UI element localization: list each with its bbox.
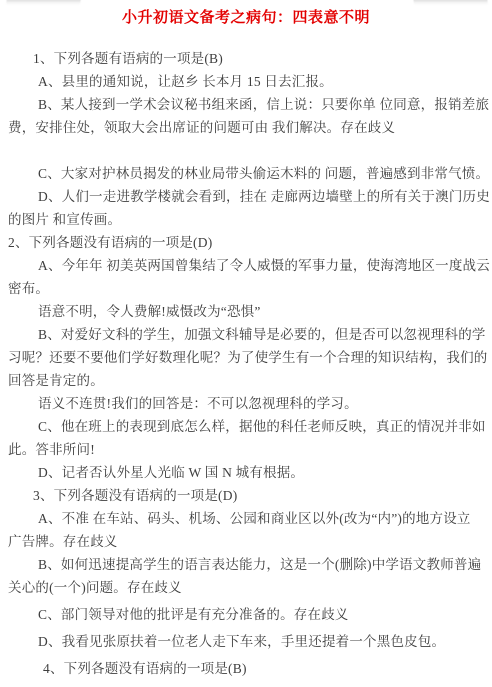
- text-line: B、如何迅速提高学生的语言表达能力，这是一个(删除)中学语文教师普遍: [8, 553, 486, 576]
- document-page: 小升初语文备考之病句：四表意不明 1、下列各题有语病的一项是(B)A、县里的通知…: [0, 0, 492, 687]
- text-line: 此。答非所问!: [8, 438, 486, 461]
- text-line: 语义不连贯!我们的回答是：不可以忽视理科的学习。: [8, 392, 486, 415]
- text-line: 4、下列各题没有语病的一项是(B): [8, 657, 486, 680]
- scan-artifact-top-left: [5, 0, 80, 10]
- text-line: C、大家对护林员揭发的林业局带头偷运木料的 问题，普遍感到非常气愤。: [8, 162, 486, 185]
- text-line: 广告牌。存在歧义: [8, 530, 486, 553]
- text-line: A、不准 在车站、码头、机场、公园和商业区以外(改为“内”)的地方设立: [8, 507, 486, 530]
- text-line: B、对爱好文科的学生，加强文科辅导是必要的，但是否可以忽视理科的学: [8, 323, 486, 346]
- text-line: C、他在班上的表现到底怎么样，据他的科任老师反映，真正的情况并非如: [8, 415, 486, 438]
- text-line: 1、下列各题有语病的一项是(B): [8, 47, 486, 70]
- text-line: 语意不明，令人费解!威慑改为“恐惧”: [8, 300, 486, 323]
- text-line: 回答是肯定的。: [8, 369, 486, 392]
- text-line: D、人们一走进教学楼就会看到，挂在 走廊两边墙壁上的所有关于澳门历史: [8, 185, 486, 208]
- text-line: 费，安排住处，领取大会出席证的问题可由 我们解决。存在歧义: [8, 116, 486, 139]
- text-line: 密布。: [8, 277, 486, 300]
- text-line: 习呢？还要不要他们学好数理化呢？为了使学生有一个合理的知识结构，我们的: [8, 346, 486, 369]
- blank-line: [8, 139, 486, 162]
- text-line: D、我看见张原扶着一位老人走下车来，手里还提着一个黑色皮包。: [8, 630, 486, 653]
- text-line: B、某人接到一学术会议秘书组来函，信上说：只要你单 位同意，报销差旅: [8, 93, 486, 116]
- text-line: D、记者否认外星人光临 W 国 N 城有根据。: [8, 461, 486, 484]
- text-line: 关心的(一个)问题。存在歧义: [8, 576, 486, 599]
- text-line: 3、下列各题没有语病的一项是(D): [8, 484, 486, 507]
- text-line: C、部门领导对他的批评是有充分准备的。存在歧义: [8, 603, 486, 626]
- text-line: 2、下列各题没有语病的一项是(D): [8, 231, 486, 254]
- text-line: A、县里的通知说，让赵乡 长本月 15 日去汇报。: [8, 70, 486, 93]
- text-line: A、今年年 初美英两国曾集结了令人威慑的军事力量，使海湾地区一度战云: [8, 254, 486, 277]
- scan-artifact-top-right: [413, 0, 488, 10]
- document-lines: 1、下列各题有语病的一项是(B)A、县里的通知说，让赵乡 长本月 15 日去汇报…: [0, 47, 492, 680]
- text-line: 的图片 和宣传画。: [8, 208, 486, 231]
